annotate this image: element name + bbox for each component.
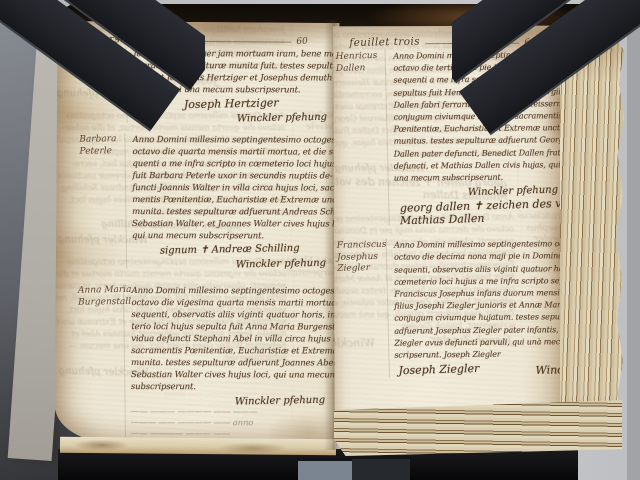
manuscript-line: munita. testes sepulturæ adfuerunt Joann… xyxy=(131,357,327,369)
margin-name-line: Ziegler xyxy=(337,263,386,276)
register-entry: FranciscusJosephusZieglerAnno Domini mil… xyxy=(338,239,560,379)
photo-open-burial-register: Josephum hertziger jam mortuam iram, ben… xyxy=(0,0,640,480)
register-entry: BarbaraPeterleAnno Domini millesimo sept… xyxy=(80,133,329,271)
cradle-support-shadow xyxy=(352,459,410,480)
signature-row: Winckler pfehung xyxy=(394,184,560,199)
manuscript-line: qui una mecum subscripserunt. xyxy=(132,230,328,242)
manuscript-line: Sebastian Walter cives hujus loci, qui u… xyxy=(131,369,327,381)
manuscript-line: octavo die decima nona maji pie in Domin… xyxy=(394,251,560,265)
signature: Joseph Ziegler xyxy=(398,362,479,377)
manuscript-line: vidua defuncti Stephani Abel in villa ci… xyxy=(131,333,327,345)
manuscript-line: sacramentis Pœnitentiæ, Eucharistiæ et E… xyxy=(131,345,327,357)
signature-row: georg dallen ✝ zeichen des vatters xyxy=(394,198,560,213)
register-entry: Anna MariaBurgenstallAnno Domini millesi… xyxy=(78,284,327,445)
faded-manuscript-line: —— ——— ———— —— ——— xyxy=(131,407,327,418)
manuscript-line: subscripserunt. xyxy=(131,381,327,393)
margin-name-note: FranciscusJosephusZiegler xyxy=(337,239,390,379)
manuscript-line: conjugum civiumque hujatum. testes sepul… xyxy=(394,312,560,326)
signature: Winckler pfehung xyxy=(467,184,558,198)
left-page-bottom-edge xyxy=(60,437,336,455)
book-strap-top-right xyxy=(452,0,640,168)
margin-name-note: Anna MariaBurgenstall xyxy=(78,284,126,445)
manuscript-line: Anno Domini millesimo septingentesimo oc… xyxy=(132,285,328,297)
manuscript-line: scripserunt. Joseph Ziegler xyxy=(394,348,560,362)
manuscript-line: munita. testes sepulturæ adfuerunt Andre… xyxy=(132,206,328,218)
entry-body: Anno Domini millesimo septingentesimo oc… xyxy=(132,134,329,271)
manuscript-line: sequenti, observatis aliis viginti quatu… xyxy=(131,309,327,321)
manuscript-line: functi Joannis Walter in villa circa huj… xyxy=(132,182,328,194)
signature-row: Mathias Dallen xyxy=(394,212,560,227)
margin-name-line: Henricus xyxy=(336,51,385,64)
manuscript-line: fuit Barbara Peterle uxor in secundis nu… xyxy=(132,170,328,182)
margin-name-note: BarbaraPeterle xyxy=(79,133,127,270)
signature-row: Winckler pfehung xyxy=(131,393,327,408)
signature: Winckler pfehung xyxy=(235,394,325,407)
signature-row: Winckler pfehung xyxy=(132,256,328,271)
signature-row: signum ✝ Andreæ Schilling xyxy=(132,242,328,257)
signature: Mathias Dallen xyxy=(400,212,485,228)
entry-body: Anno Domini millesimo septingentesimo oc… xyxy=(394,239,560,379)
manuscript-line: una mecum subscripserunt. xyxy=(394,171,560,185)
margin-name-line: Franciscus xyxy=(337,240,386,253)
margin-name-line: Burgenstall xyxy=(78,297,123,309)
signature-row: Joseph ZieglerWinckler pfehung xyxy=(394,361,560,379)
left-page-number: 60 xyxy=(296,36,308,47)
signature: Winckler pfehung xyxy=(235,257,325,270)
cradle-support xyxy=(298,461,352,480)
right-page-heading: feuillet trois xyxy=(349,35,420,48)
signature: signum ✝ Andreæ Schilling xyxy=(160,242,300,256)
manuscript-line: octavo die vigesima quarta mensis martii… xyxy=(132,297,328,309)
signature: Winckler pfehung xyxy=(236,111,326,124)
manuscript-line: terio loci hujus sepulta fuit Anna Maria… xyxy=(131,321,327,333)
margin-name-line: Dallen xyxy=(336,62,385,75)
book-strap-top-left xyxy=(0,0,205,150)
faded-manuscript-line: ——— —— ———— —— anno xyxy=(131,418,327,429)
manuscript-line: mentis Pœnitentiæ, Eucharistiæ et Extrem… xyxy=(132,194,328,206)
margin-name-note: HenricusDallen xyxy=(336,50,390,227)
manuscript-line: quenti a me infra scripto in cœmeterio l… xyxy=(132,158,328,170)
entry-body: Anno Domini millesimo septingentesimo oc… xyxy=(130,285,327,445)
manuscript-line: Sebastian Walter, et Joannes Walter cive… xyxy=(132,218,328,230)
margin-name-line: Anna Maria xyxy=(78,285,123,297)
